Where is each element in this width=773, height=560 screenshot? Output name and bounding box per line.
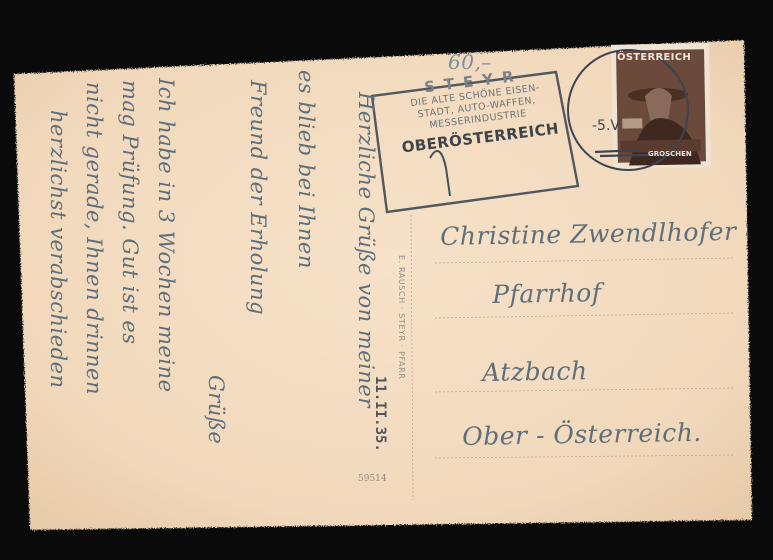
postcard-scan: 60,– STEYR DIE ALTE SCHÖNE EISEN- STADT,… [0, 0, 773, 560]
handwritten-date: 11.II.35. [372, 376, 388, 452]
message-line-6: es blieb bei Ihnen [294, 70, 318, 269]
stamp-value: GROSCHEN [648, 150, 692, 158]
message-line-1: Ich habe in 3 Wochen meine [154, 78, 178, 393]
address-line-4: Ober - Österreich. [462, 418, 702, 451]
publisher-imprint: E. RAUSCH · STEYR · PFARR [397, 255, 406, 379]
message-line-8: Grüße [204, 375, 228, 444]
address-line-3: Atzbach [482, 356, 588, 387]
serial-number: 59514 [358, 474, 387, 484]
message-line-4: herzlichst verabschieden [46, 110, 70, 389]
address-line-1: Christine Zwendlhofer [440, 217, 737, 251]
address-line-2: Pfarrhof [492, 278, 602, 309]
postmark-date: -5.V [592, 118, 620, 134]
message-line-7: Freund der Erholung [246, 80, 270, 315]
message-line-2: mag Prüfung. Gut ist es [118, 80, 142, 345]
message-line-5: Herzliche Grüße von meiner [354, 92, 378, 408]
stamp-country: ÖSTERREICH [617, 52, 691, 63]
message-line-3: nicht gerade, Ihnen drinnen [82, 82, 106, 395]
